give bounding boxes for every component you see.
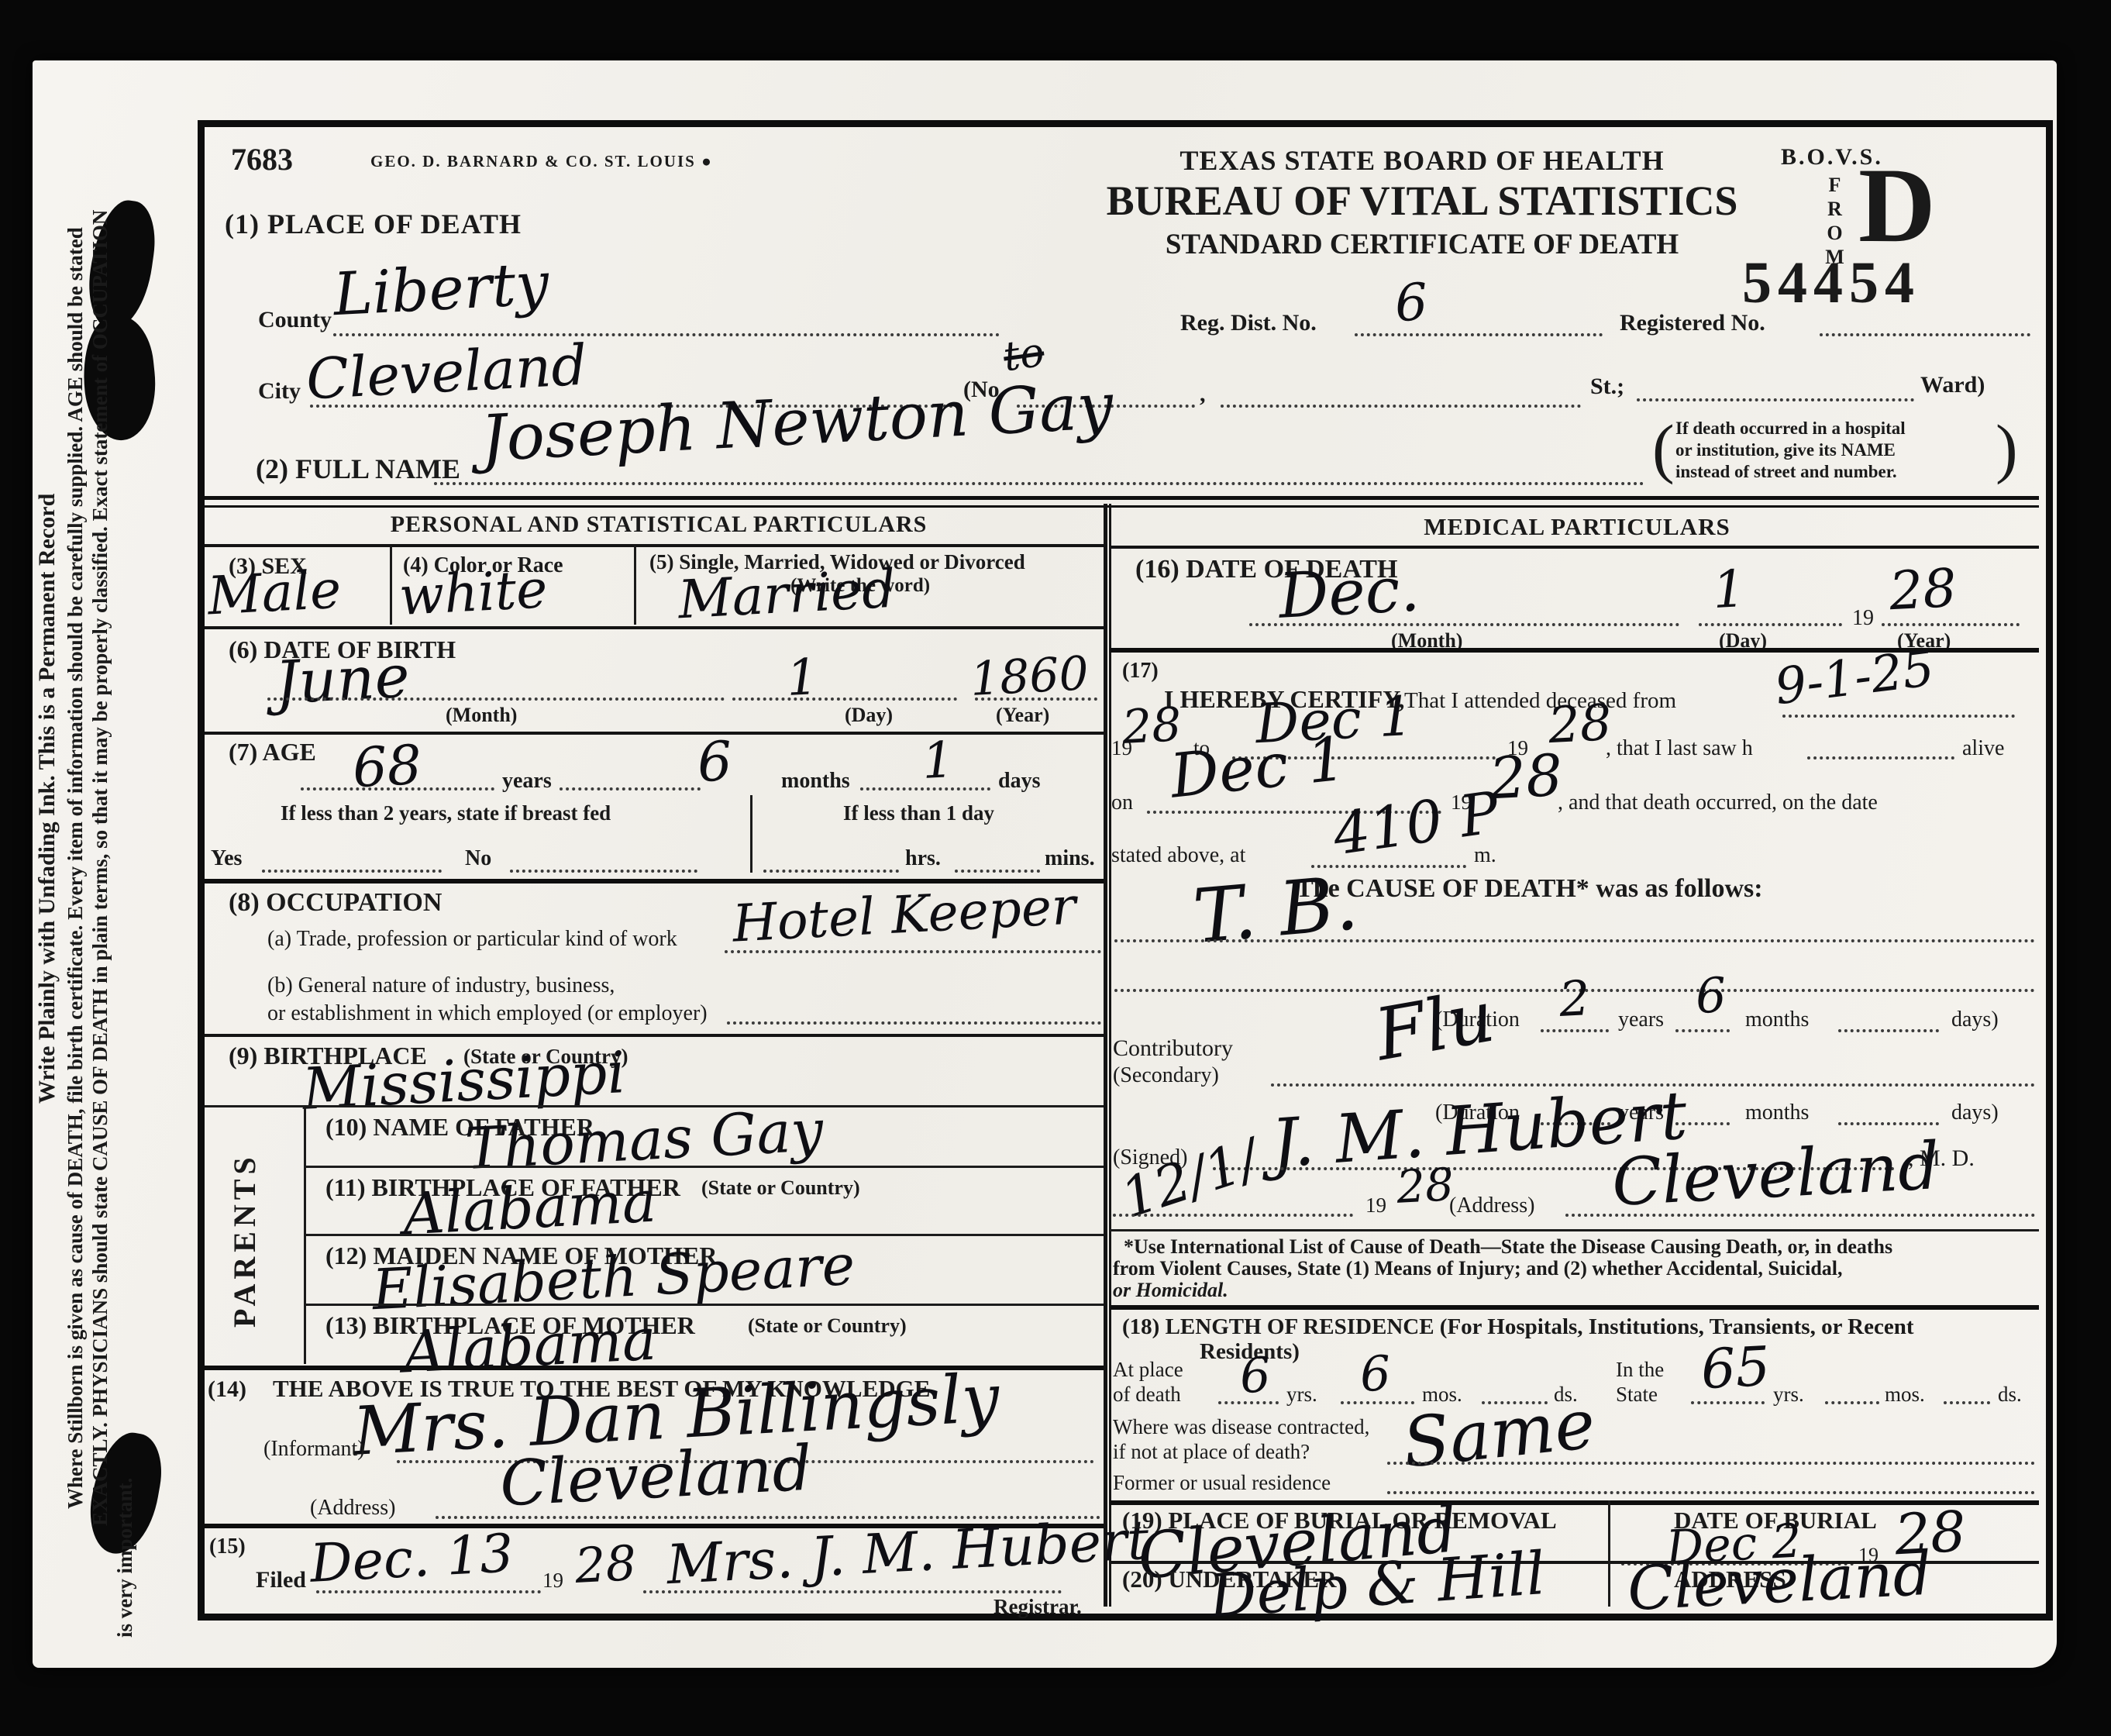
state-label: State <box>1616 1383 1658 1407</box>
age-days-value: 1 <box>921 732 956 790</box>
hospital-note-line2: or institution, give its NAME <box>1675 440 1896 460</box>
filed-year-value: 28 <box>573 1534 638 1594</box>
duration1-years-label: years <box>1618 1007 1664 1032</box>
former-residence-label: Former or usual residence <box>1113 1471 1331 1495</box>
day-caption: (Day) <box>845 704 893 727</box>
county-label: County <box>258 307 332 333</box>
yrs-label2: yrs. <box>1773 1383 1804 1407</box>
occupation-a-label: (a) Trade, profession or particular kind… <box>267 927 677 952</box>
death-month-value: Dec. <box>1277 553 1421 632</box>
rule <box>304 1304 1104 1306</box>
certificate-number: 54454 <box>1742 250 1920 317</box>
alive-line <box>1807 756 1954 759</box>
in-the-label: In the <box>1616 1358 1664 1382</box>
mins-line <box>955 870 1040 873</box>
no-line <box>510 870 697 873</box>
medical-title: MEDICAL PARTICULARS <box>1116 513 2038 541</box>
alive-label: alive <box>1962 736 2004 761</box>
death-day-value: 1 <box>1711 559 1747 620</box>
breastfed-note: If less than 2 years, state if breast fe… <box>281 801 611 825</box>
yes-label: Yes <box>211 846 242 871</box>
month-caption: (Month) <box>446 704 517 727</box>
cell-divider <box>634 546 636 625</box>
at-place-label2: of death <box>1113 1383 1181 1407</box>
residence-place-years: 6 <box>1238 1346 1272 1404</box>
form-number: 7683 <box>231 141 293 177</box>
footnote-line1: *Use International List of Cause of Deat… <box>1124 1235 1892 1259</box>
sex-value: Male <box>206 560 343 628</box>
hrs-label: hrs. <box>905 846 941 871</box>
certify-number: (17) <box>1122 659 1159 684</box>
city-label: City <box>258 378 301 405</box>
occupation-b-label1: (b) General nature of industry, business… <box>267 973 615 998</box>
margin-note-important: is very important. <box>113 1457 137 1658</box>
filed-year-printed: 19 <box>542 1569 563 1593</box>
margin-note-stillborn: Where Stillborn is given as cause of DEA… <box>64 74 88 1662</box>
residence-state-years: 65 <box>1699 1335 1772 1402</box>
yes-line <box>262 870 442 873</box>
ward-label: Ward) <box>1920 372 1985 398</box>
hospital-note-paren-open: ( <box>1652 409 1675 487</box>
duration1-days-label: days) <box>1951 1007 1999 1032</box>
occupation-b-label2: or establishment in which employed (or e… <box>267 1001 708 1026</box>
full-name-line <box>434 482 1644 485</box>
place-of-death-label: (1) PLACE OF DEATH <box>225 208 522 240</box>
cause-line1 <box>1114 939 2035 942</box>
occupation-b-line <box>727 1021 1101 1025</box>
reg-dist-value: 6 <box>1393 272 1429 333</box>
footnote-line2: from Violent Causes, State (1) Means of … <box>1113 1257 1843 1280</box>
rule <box>304 1166 1104 1168</box>
secondary-label: (Secondary) <box>1113 1063 1219 1088</box>
ds-label2: ds. <box>1998 1383 2022 1407</box>
registered-no-line <box>1820 333 2030 336</box>
contracted-line <box>1387 1462 2035 1465</box>
ward-line <box>1637 398 1914 401</box>
filed-date-value: Dec. 13 <box>308 1523 515 1595</box>
year-caption: (Year) <box>996 704 1049 727</box>
certify2-tail: , that I last saw h <box>1606 736 1753 761</box>
age-days-line <box>860 787 990 790</box>
death-certificate-scan: Write Plainly with Unfading Ink. This is… <box>0 0 2111 1736</box>
death-year-printed: 19 <box>1852 606 1874 631</box>
attended-from-line <box>1782 715 2015 718</box>
hospital-note-line3: instead of street and number. <box>1675 462 1897 482</box>
comma-sep: , <box>1200 381 1206 408</box>
informant-label: (Informant) <box>263 1437 365 1462</box>
rule <box>1110 1229 2039 1231</box>
footnote-line3: or Homicidal. <box>1113 1279 1228 1302</box>
residence-label-line1: (18) LENGTH OF RESIDENCE (For Hospitals,… <box>1122 1314 1914 1340</box>
duration1-months-value: 6 <box>1694 966 1727 1025</box>
burial-divider <box>1608 1500 1610 1561</box>
filed-line <box>316 1590 541 1593</box>
death-year-line <box>1882 623 2020 626</box>
section-divider <box>205 496 2039 508</box>
duration1-years-line <box>1541 1029 1609 1032</box>
mins-label: mins. <box>1045 846 1095 871</box>
contributory-label: Contributory <box>1113 1035 1233 1062</box>
margin-note-permanent-record: Write Plainly with Unfading Ink. This is… <box>34 256 60 1341</box>
res-line <box>1825 1401 1879 1404</box>
less-than-day-note: If less than 1 day <box>843 801 994 825</box>
county-value: Liberty <box>332 249 550 329</box>
dob-month-value: June <box>274 642 412 718</box>
rule <box>205 1034 1104 1037</box>
duration1-years-value: 2 <box>1558 970 1591 1028</box>
father-birthplace-caption: (State or Country) <box>701 1176 860 1200</box>
certify-attended: That I attended deceased from <box>1404 688 1676 714</box>
cell-divider <box>390 546 392 625</box>
header-bureau: BUREAU OF VITAL STATISTICS <box>1100 177 1744 225</box>
rule <box>304 1234 1104 1236</box>
dob-day-line <box>732 697 957 701</box>
header-certificate-title: STANDARD CERTIFICATE OF DEATH <box>1116 228 1728 261</box>
street-line <box>1221 405 1581 408</box>
full-name-label: (2) FULL NAME <box>256 453 460 485</box>
filed-label: Filed <box>256 1567 306 1593</box>
duration1-days-line <box>1838 1029 1939 1032</box>
death-month-line <box>1249 623 1679 626</box>
undertaker-divider <box>1608 1561 1610 1607</box>
signed-address-label: (Address) <box>1449 1193 1534 1218</box>
duration2-days-label: days) <box>1951 1100 1999 1125</box>
age-years-line <box>301 787 494 790</box>
rule <box>1110 1305 2039 1310</box>
printer-imprint: GEO. D. BARNARD & CO. ST. LOUIS ● <box>370 152 713 171</box>
no-label: No <box>465 846 491 871</box>
hospital-note-line1: If death occurred in a hospital <box>1675 418 1906 439</box>
father-birthplace-value: Alabama <box>401 1169 658 1249</box>
cause-of-death-label: The CAUSE OF DEATH* was as follows: <box>1296 874 1763 904</box>
on-year-value: 28 <box>1488 742 1565 813</box>
column-divider <box>1104 504 1111 1607</box>
time-m-label: m. <box>1474 843 1496 868</box>
informant-address-label: (Address) <box>310 1496 395 1521</box>
age-months-value: 6 <box>696 729 734 794</box>
cause-of-death-value: T. B. <box>1190 859 1362 960</box>
header-board: TEXAS STATE BOARD OF HEALTH <box>1116 144 1728 177</box>
signed-year-printed: 19 <box>1365 1193 1386 1218</box>
dob-month-line <box>267 697 725 701</box>
reg-dist-line <box>1355 333 1603 336</box>
res-line <box>1944 1401 1990 1404</box>
contracted-label1: Where was disease contracted, <box>1113 1415 1369 1439</box>
stated-above-label: stated above, at <box>1111 843 1245 868</box>
form-letter-d: D <box>1858 152 1936 259</box>
parents-label: PARENTS <box>226 1128 263 1352</box>
cell-divider <box>750 795 752 873</box>
residence-place-months: 6 <box>1359 1345 1392 1403</box>
race-value: white <box>398 559 549 628</box>
mos-label2: mos. <box>1885 1383 1925 1407</box>
county-line <box>333 333 1000 336</box>
rule <box>205 732 1104 735</box>
former-residence-line <box>1387 1491 2035 1494</box>
street-label: St.; <box>1590 374 1624 400</box>
death-occurred-tail: , and that death occurred, on the date <box>1558 790 1878 815</box>
rule <box>205 626 1104 629</box>
on-label: on <box>1111 790 1133 815</box>
filed-number: (15) <box>209 1534 246 1559</box>
signed-year-value: 28 <box>1395 1158 1455 1214</box>
duration2-days-line <box>1838 1122 1939 1125</box>
contracted-label2: if not at place of death? <box>1113 1440 1310 1464</box>
age-months-line <box>560 787 701 790</box>
marital-value: Married <box>677 559 897 632</box>
margin-note-exactly: EXACTLY. PHYSICIANS should state CAUSE O… <box>88 74 112 1662</box>
mother-birthplace-caption: (State or Country) <box>748 1314 907 1338</box>
rule <box>1110 546 2039 549</box>
hrs-line <box>763 870 899 873</box>
at-place-label1: At place <box>1113 1358 1183 1382</box>
registrar-label: Registrar. <box>994 1595 1082 1619</box>
months-label: months <box>781 769 850 794</box>
reg-dist-label: Reg. Dist. No. <box>1180 310 1317 336</box>
years-label: years <box>502 769 552 794</box>
yrs-label1: yrs. <box>1286 1383 1317 1407</box>
age-label: (7) AGE <box>229 738 316 766</box>
res-line <box>1218 1401 1279 1404</box>
death-year-value: 28 <box>1888 558 1958 622</box>
days-label: days <box>998 769 1040 794</box>
occupation-label: (8) OCCUPATION <box>229 888 442 918</box>
registered-no-label: Registered No. <box>1620 310 1765 336</box>
dob-year-line <box>975 697 1097 701</box>
res-line <box>1691 1401 1765 1404</box>
duration1-months-line <box>1675 1029 1730 1032</box>
hospital-note-paren-close: ) <box>1996 409 2018 487</box>
occupation-a-line <box>725 950 1101 953</box>
duration1-months-label: months <box>1745 1007 1809 1032</box>
rule <box>205 544 1104 547</box>
signed-date-line <box>1113 1214 1353 1217</box>
registrar-line <box>643 1590 1062 1593</box>
attest-number: (14) <box>208 1376 246 1403</box>
death-day-line <box>1699 623 1842 626</box>
duration2-months-label: months <box>1745 1100 1809 1125</box>
personal-title: PERSONAL AND STATISTICAL PARTICULARS <box>232 511 1085 538</box>
